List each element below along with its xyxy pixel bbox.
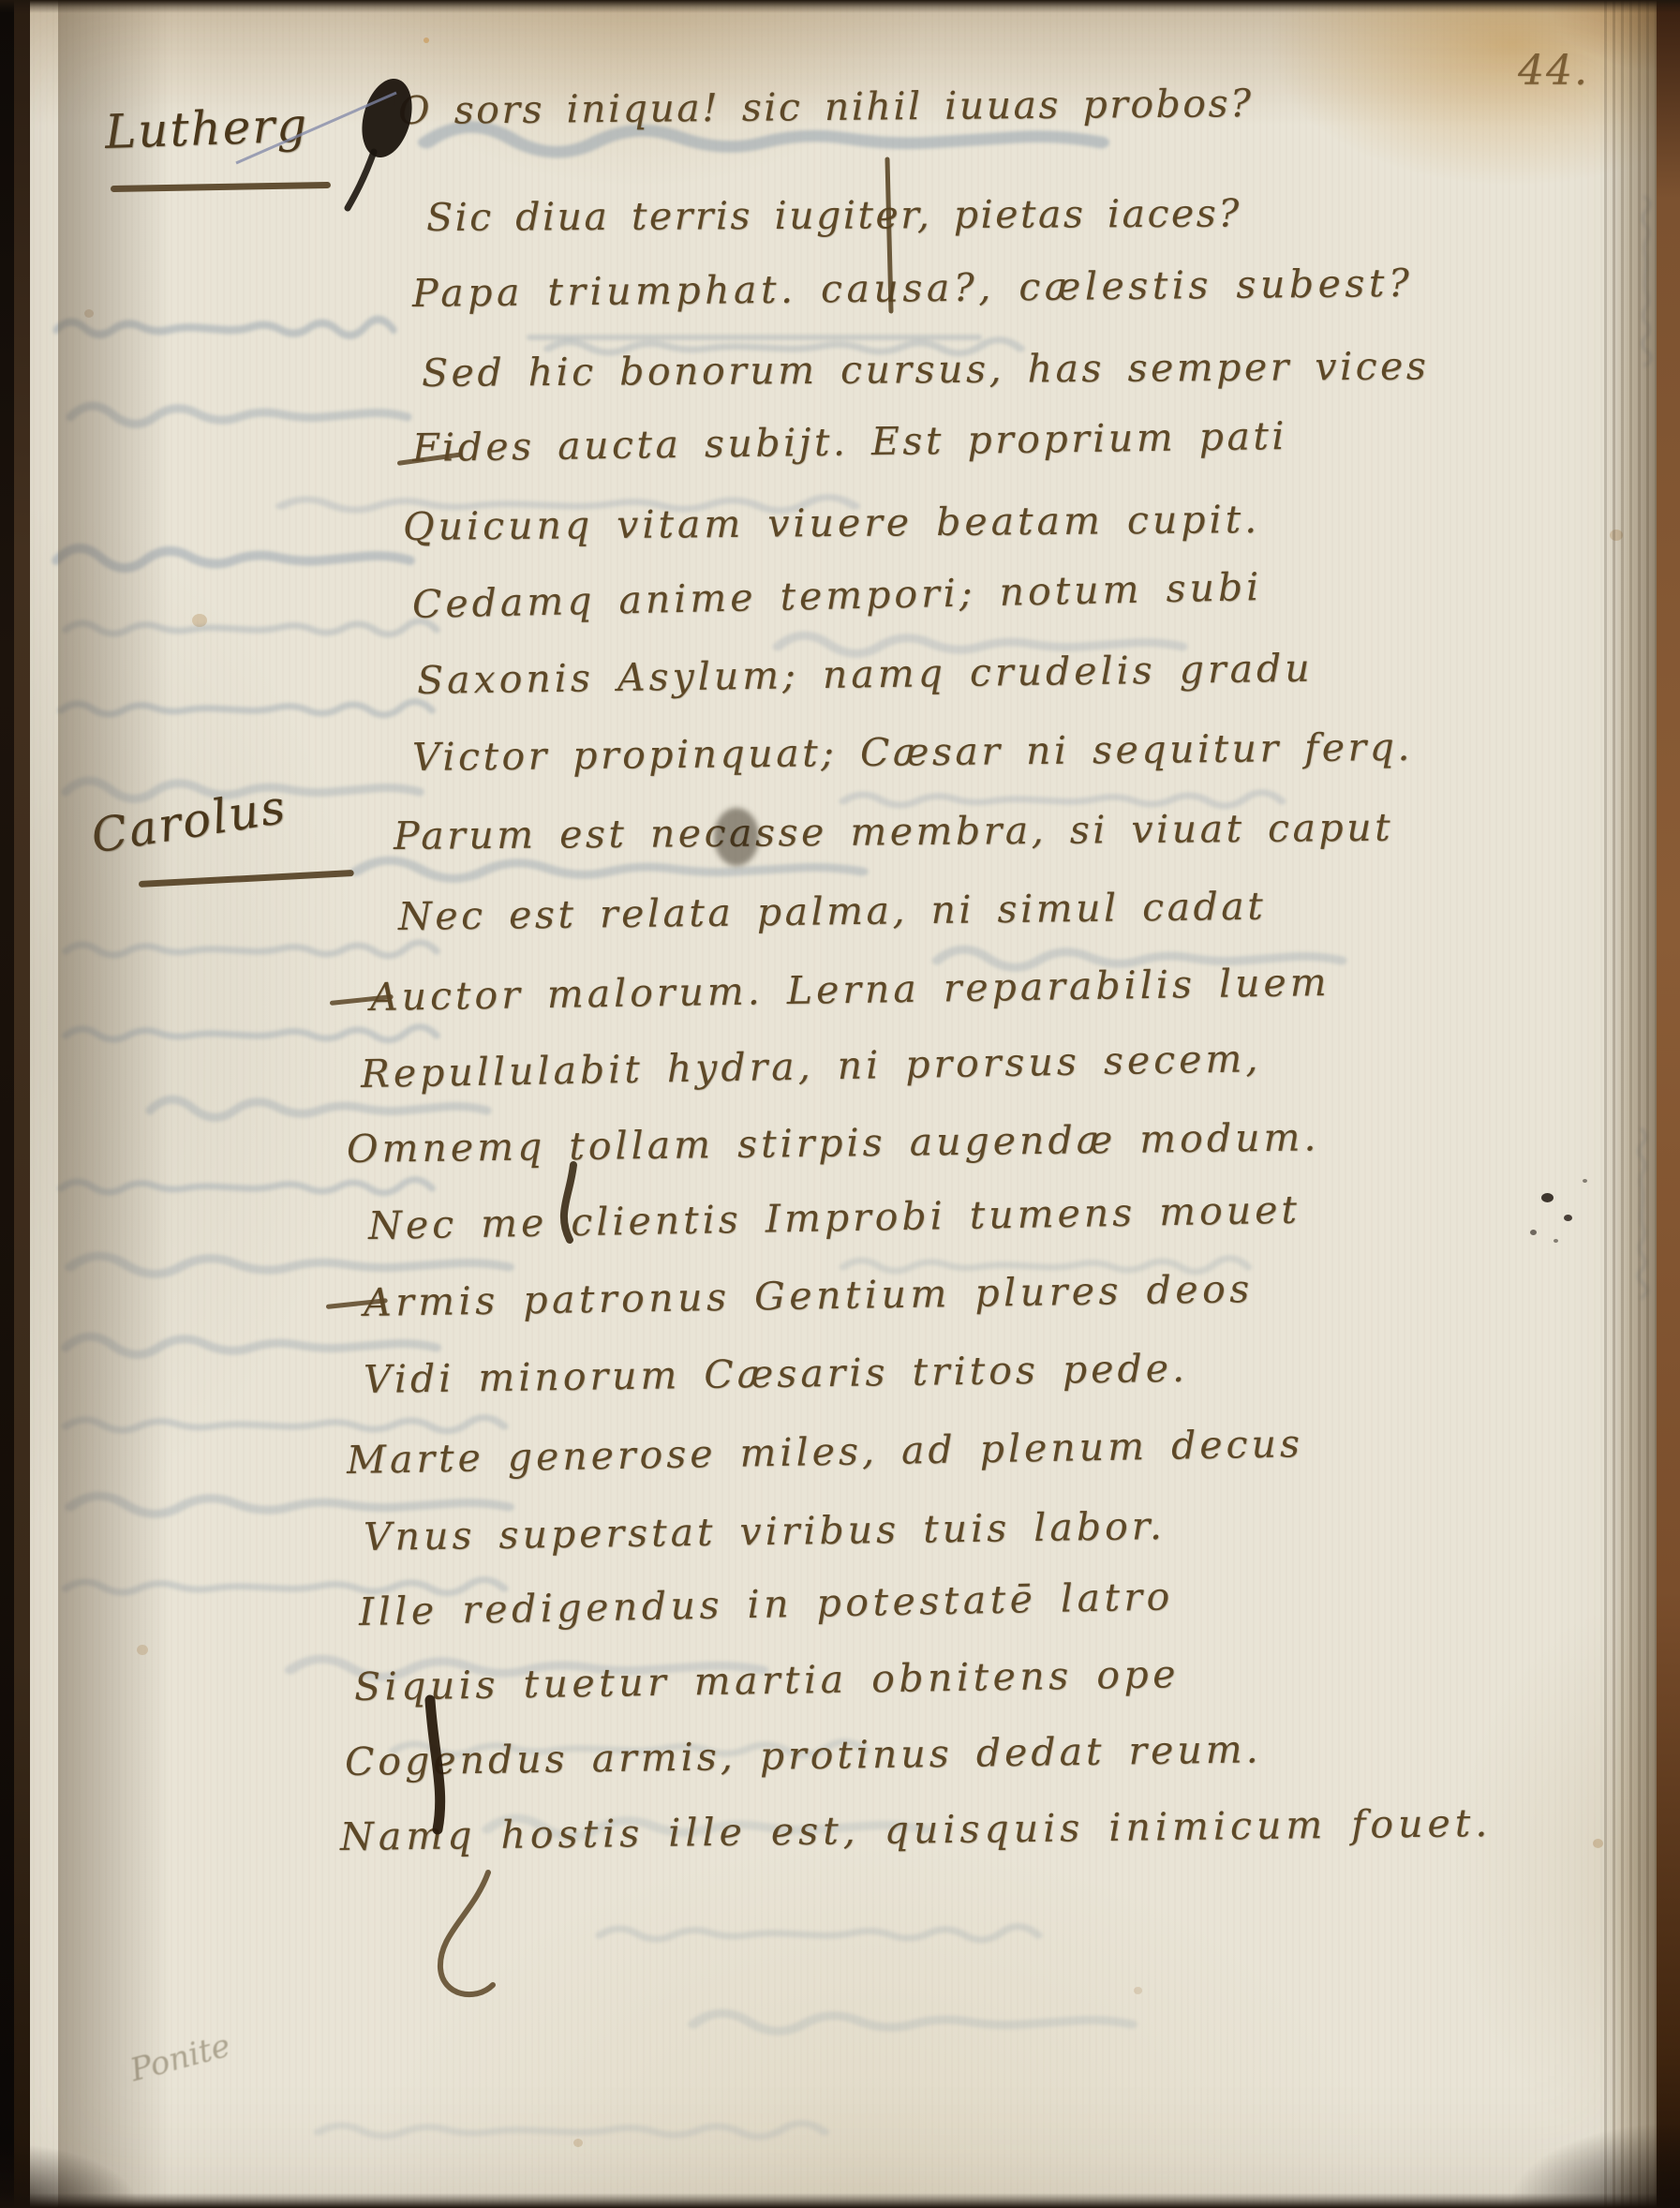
book-spine <box>0 0 14 2208</box>
ink-marks-overlay <box>0 0 1680 2208</box>
scan-edge-top <box>0 0 1680 13</box>
ink-blot <box>354 73 421 163</box>
ink-speck <box>1554 1239 1558 1243</box>
ink-smudge <box>714 808 759 866</box>
pen-flourish <box>440 1872 493 1994</box>
corner-shadow-bottom-right <box>1511 2124 1680 2208</box>
book-cover-edge <box>1657 0 1680 2208</box>
ink-speck <box>1564 1215 1572 1221</box>
fox-spot <box>1593 1839 1603 1848</box>
book-spine-leather <box>14 0 30 2208</box>
manuscript-scan: 44. Lutherg Carolus O sors iniqua! sic n… <box>0 0 1680 2208</box>
ink-speck <box>1530 1230 1537 1235</box>
page-stack-edge-left <box>30 0 58 2208</box>
fox-spot <box>1134 1987 1142 1994</box>
ink-speck <box>1583 1179 1587 1183</box>
ink-speck <box>1541 1193 1554 1202</box>
page-stack-edge-right <box>1604 0 1657 2208</box>
gutter-shadow <box>58 0 171 2208</box>
fox-spot <box>573 2139 583 2147</box>
scan-edge-bottom <box>0 2193 1680 2208</box>
corner-shadow-bottom-left <box>0 2142 141 2208</box>
fox-spot <box>192 614 207 627</box>
fox-spot <box>424 37 429 43</box>
